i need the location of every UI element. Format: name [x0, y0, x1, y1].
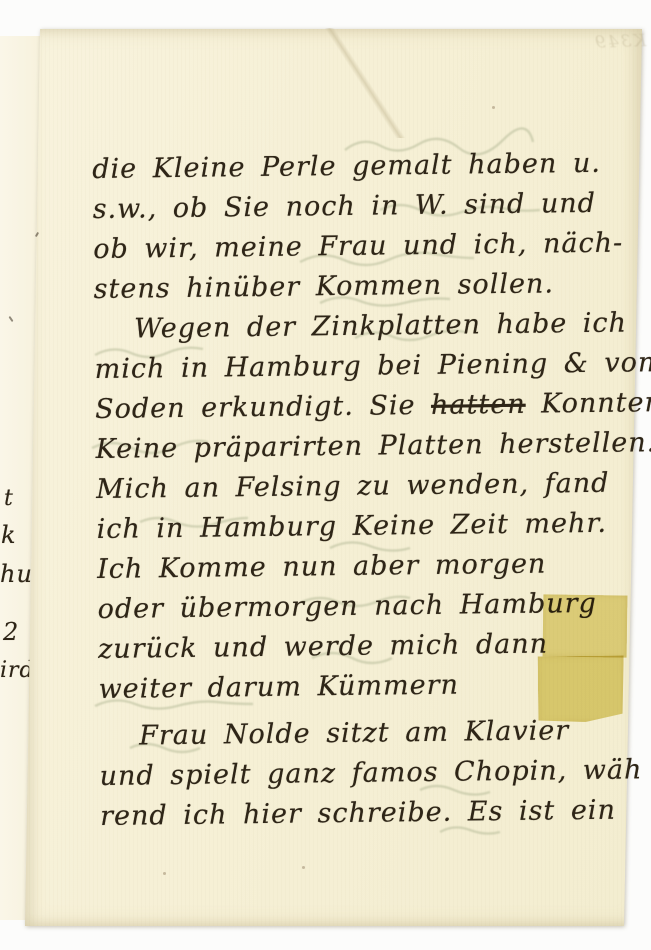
letter-line-11: Ich Komme nun aber morgen — [97, 543, 642, 590]
letter-line-8: Keine präparirten Platten herstellen. — [95, 423, 640, 470]
letter-line-17: rend ich hier schreibe. Es ist ein — [100, 790, 645, 837]
scan-background: { "document": { "kind": "handwritten-let… — [0, 0, 651, 950]
letter-line-9: Mich an Felsing zu wenden, fand — [96, 463, 641, 510]
letter-line-15: Frau Nolde sitzt am Klavier — [99, 710, 644, 757]
letter-line-7: Soden erkundigt. Sie hatten Konnten — [95, 383, 640, 430]
line7-post: Konnten — [525, 387, 651, 420]
letter-line-6: mich in Hamburg bei Piening & von — [94, 343, 639, 390]
margin-fragment-1: t — [4, 486, 14, 511]
corner-mark: K349 — [593, 31, 647, 53]
strikethrough-word: hatten — [431, 389, 526, 421]
letter-line-13: zurück und werde mich dann — [98, 623, 643, 670]
letter-line-16: und spielt ganz famos Chopin, wäh — [99, 750, 644, 797]
letter-line-4: stens hinüber Kommen sollen. — [93, 263, 638, 310]
letter-line-12: oder übermorgen nach Hamburg — [97, 583, 642, 630]
letter-line-2: s.w., ob Sie noch in W. sind und — [92, 183, 637, 230]
letter-text-block: die Kleine Perle gemalt haben u. s.w., o… — [92, 143, 645, 837]
margin-fragment-4: 2 — [3, 618, 19, 646]
letter-line-1: die Kleine Perle gemalt haben u. — [92, 143, 637, 190]
paper-speck — [163, 872, 166, 875]
margin-fragment-2: k — [1, 521, 17, 549]
paper-speck — [492, 106, 495, 109]
line7-pre: Soden erkundigt. Sie — [95, 390, 431, 425]
letter-line-3: ob wir, meine Frau und ich, näch- — [93, 223, 638, 270]
paper-speck — [302, 866, 305, 869]
letter-line-5: Wegen der Zinkplatten habe ich — [94, 303, 639, 350]
letter-line-14: weiter darum Kümmern — [98, 663, 643, 710]
letter-line-10: ich in Hamburg Keine Zeit mehr. — [96, 503, 641, 550]
